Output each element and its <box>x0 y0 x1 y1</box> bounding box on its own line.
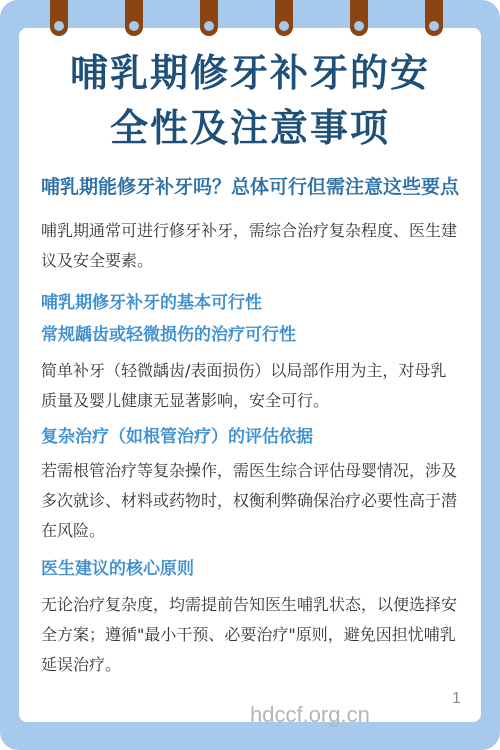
notebook-frame: 哺乳期修牙补牙的安 全性及注意事项 哺乳期能修牙补牙吗？总体可行但需注意这些要点… <box>0 0 500 750</box>
complex-paragraph: 若需根管治疗等复杂操作，需医生综合评估母婴情况，涉及多次就诊、材料或药物时，权衡… <box>41 456 461 546</box>
article-body: 哺乳期能修牙补牙吗？总体可行但需注意这些要点 哺乳期通常可进行修牙补牙，需综合治… <box>41 172 461 680</box>
principle-heading: 医生建议的核心原则 <box>41 556 461 582</box>
principle-paragraph: 无论治疗复杂度，均需提前告知医生哺乳状态，以便选择安全方案；遵循"最小干预、必要… <box>41 590 461 680</box>
binder-ring-icon <box>200 0 218 36</box>
feasibility-heading: 哺乳期修牙补牙的基本可行性 <box>41 290 461 316</box>
binder-ring-icon <box>50 0 68 36</box>
binder-ring-icon <box>425 0 443 36</box>
binder-ring-icon <box>350 0 368 36</box>
intro-heading: 哺乳期能修牙补牙吗？总体可行但需注意这些要点 <box>41 172 461 202</box>
routine-paragraph: 简单补牙（轻微龋齿/表面损伤）以局部作用为主，对母乳质量及婴儿健康无显著影响，安… <box>41 356 461 416</box>
complex-heading: 复杂治疗（如根管治疗）的评估依据 <box>41 424 461 450</box>
routine-heading: 常规龋齿或轻微损伤的治疗可行性 <box>41 322 461 348</box>
page-title-line-1: 哺乳期修牙补牙的安 <box>19 45 481 101</box>
binder-ring-icon <box>125 0 143 36</box>
intro-paragraph: 哺乳期通常可进行修牙补牙，需综合治疗复杂程度、医生建议及安全要素。 <box>41 216 461 276</box>
watermark: hdccf.org.cn <box>250 702 370 728</box>
binder-ring-icon <box>275 0 293 36</box>
page-number: 1 <box>452 690 461 708</box>
page-title-line-2: 全性及注意事项 <box>19 100 481 156</box>
